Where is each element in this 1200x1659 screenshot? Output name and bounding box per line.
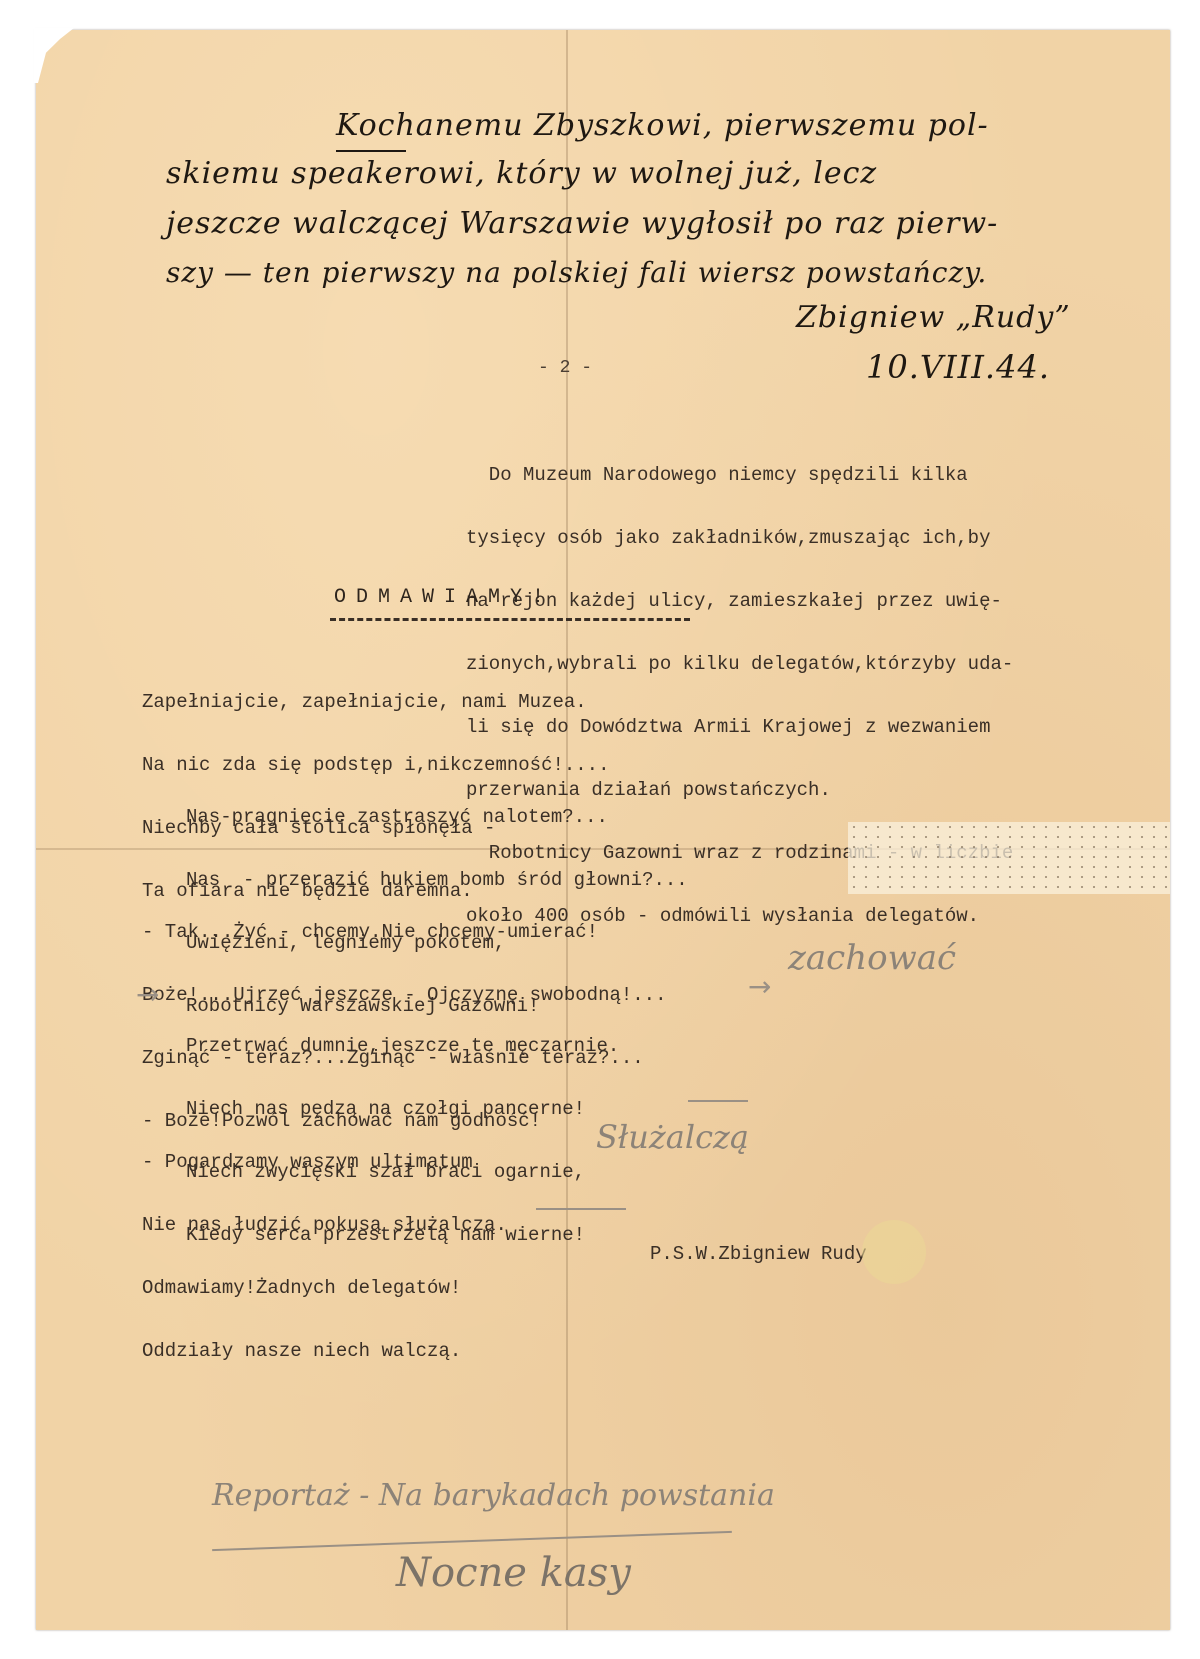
page-number: - 2 -: [538, 358, 592, 378]
pencil-underline: [212, 1531, 732, 1551]
dedication-line-2: skiemu speakerowi, który w wolnej już, l…: [166, 156, 877, 191]
torn-corner: [34, 28, 74, 83]
ink-underline: [336, 150, 406, 152]
pencil-arrow-left-margin: →: [136, 978, 159, 1011]
tape-strip: [848, 822, 1170, 894]
intro-line: tysięcy osób jako zakładników,zmuszając …: [466, 528, 1013, 549]
dedication-line-3: jeszcze walczącej Warszawie wygłosił po …: [166, 206, 998, 241]
pencil-note-reportaz: Reportaż - Na barykadach powstania: [212, 1478, 775, 1513]
margin-note-zachowac: zachować: [788, 938, 956, 978]
poem-line: Nie nas łudzić pokusą służalczą.: [142, 1215, 507, 1236]
paper-stain: [862, 1220, 926, 1284]
document-page: Kochanemu Zbyszkowi, pierwszemu pol- ski…: [36, 30, 1170, 1630]
pencil-note-nocne-kasy: Nocne kasy: [396, 1550, 631, 1596]
dedication-signature: Zbigniew „Rudy”: [796, 300, 1071, 335]
margin-note-sluzalcza: Służalczą: [596, 1118, 749, 1156]
dedication-line-4: szy — ten pierwszy na polskiej fali wier…: [166, 256, 987, 289]
poem-line: Nas-pragniecie zastraszyć nalotem?...: [186, 807, 688, 828]
poem-title: ODMAWIAMY!: [334, 586, 554, 609]
pencil-arrow-right: →: [748, 970, 771, 1003]
poem-line: - Pogardzamy waszym ultimatum: [142, 1152, 507, 1173]
dedication-date: 10.VIII.44.: [866, 348, 1050, 386]
poem-line: Przetrwać dumnie,jeszcze te męczarnie.: [186, 1036, 619, 1057]
dedication-line-1: Kochanemu Zbyszkowi, pierwszemu pol-: [336, 108, 989, 143]
poem-line: - Tak...Żyć - chcemy.Nie chcemy-umierać!: [142, 922, 667, 943]
pencil-dash: [688, 1100, 748, 1102]
poem-line: Zapełniajcie, zapełniajcie, nami Muzea.: [142, 692, 609, 713]
poem-stanza-5: - Pogardzamy waszym ultimatum Nie nas łu…: [142, 1110, 507, 1404]
pencil-dash: [536, 1208, 626, 1210]
intro-line: Do Muzeum Narodowego niemcy spędzili kil…: [466, 465, 1013, 486]
poem-line: Oddziały nasze niech walczą.: [142, 1341, 507, 1362]
poem-line: Odmawiamy!Żadnych delegatów!: [142, 1278, 507, 1299]
title-dashed-rule: [330, 618, 690, 621]
typed-signature: P.S.W.Zbigniew Rudy: [650, 1244, 867, 1265]
